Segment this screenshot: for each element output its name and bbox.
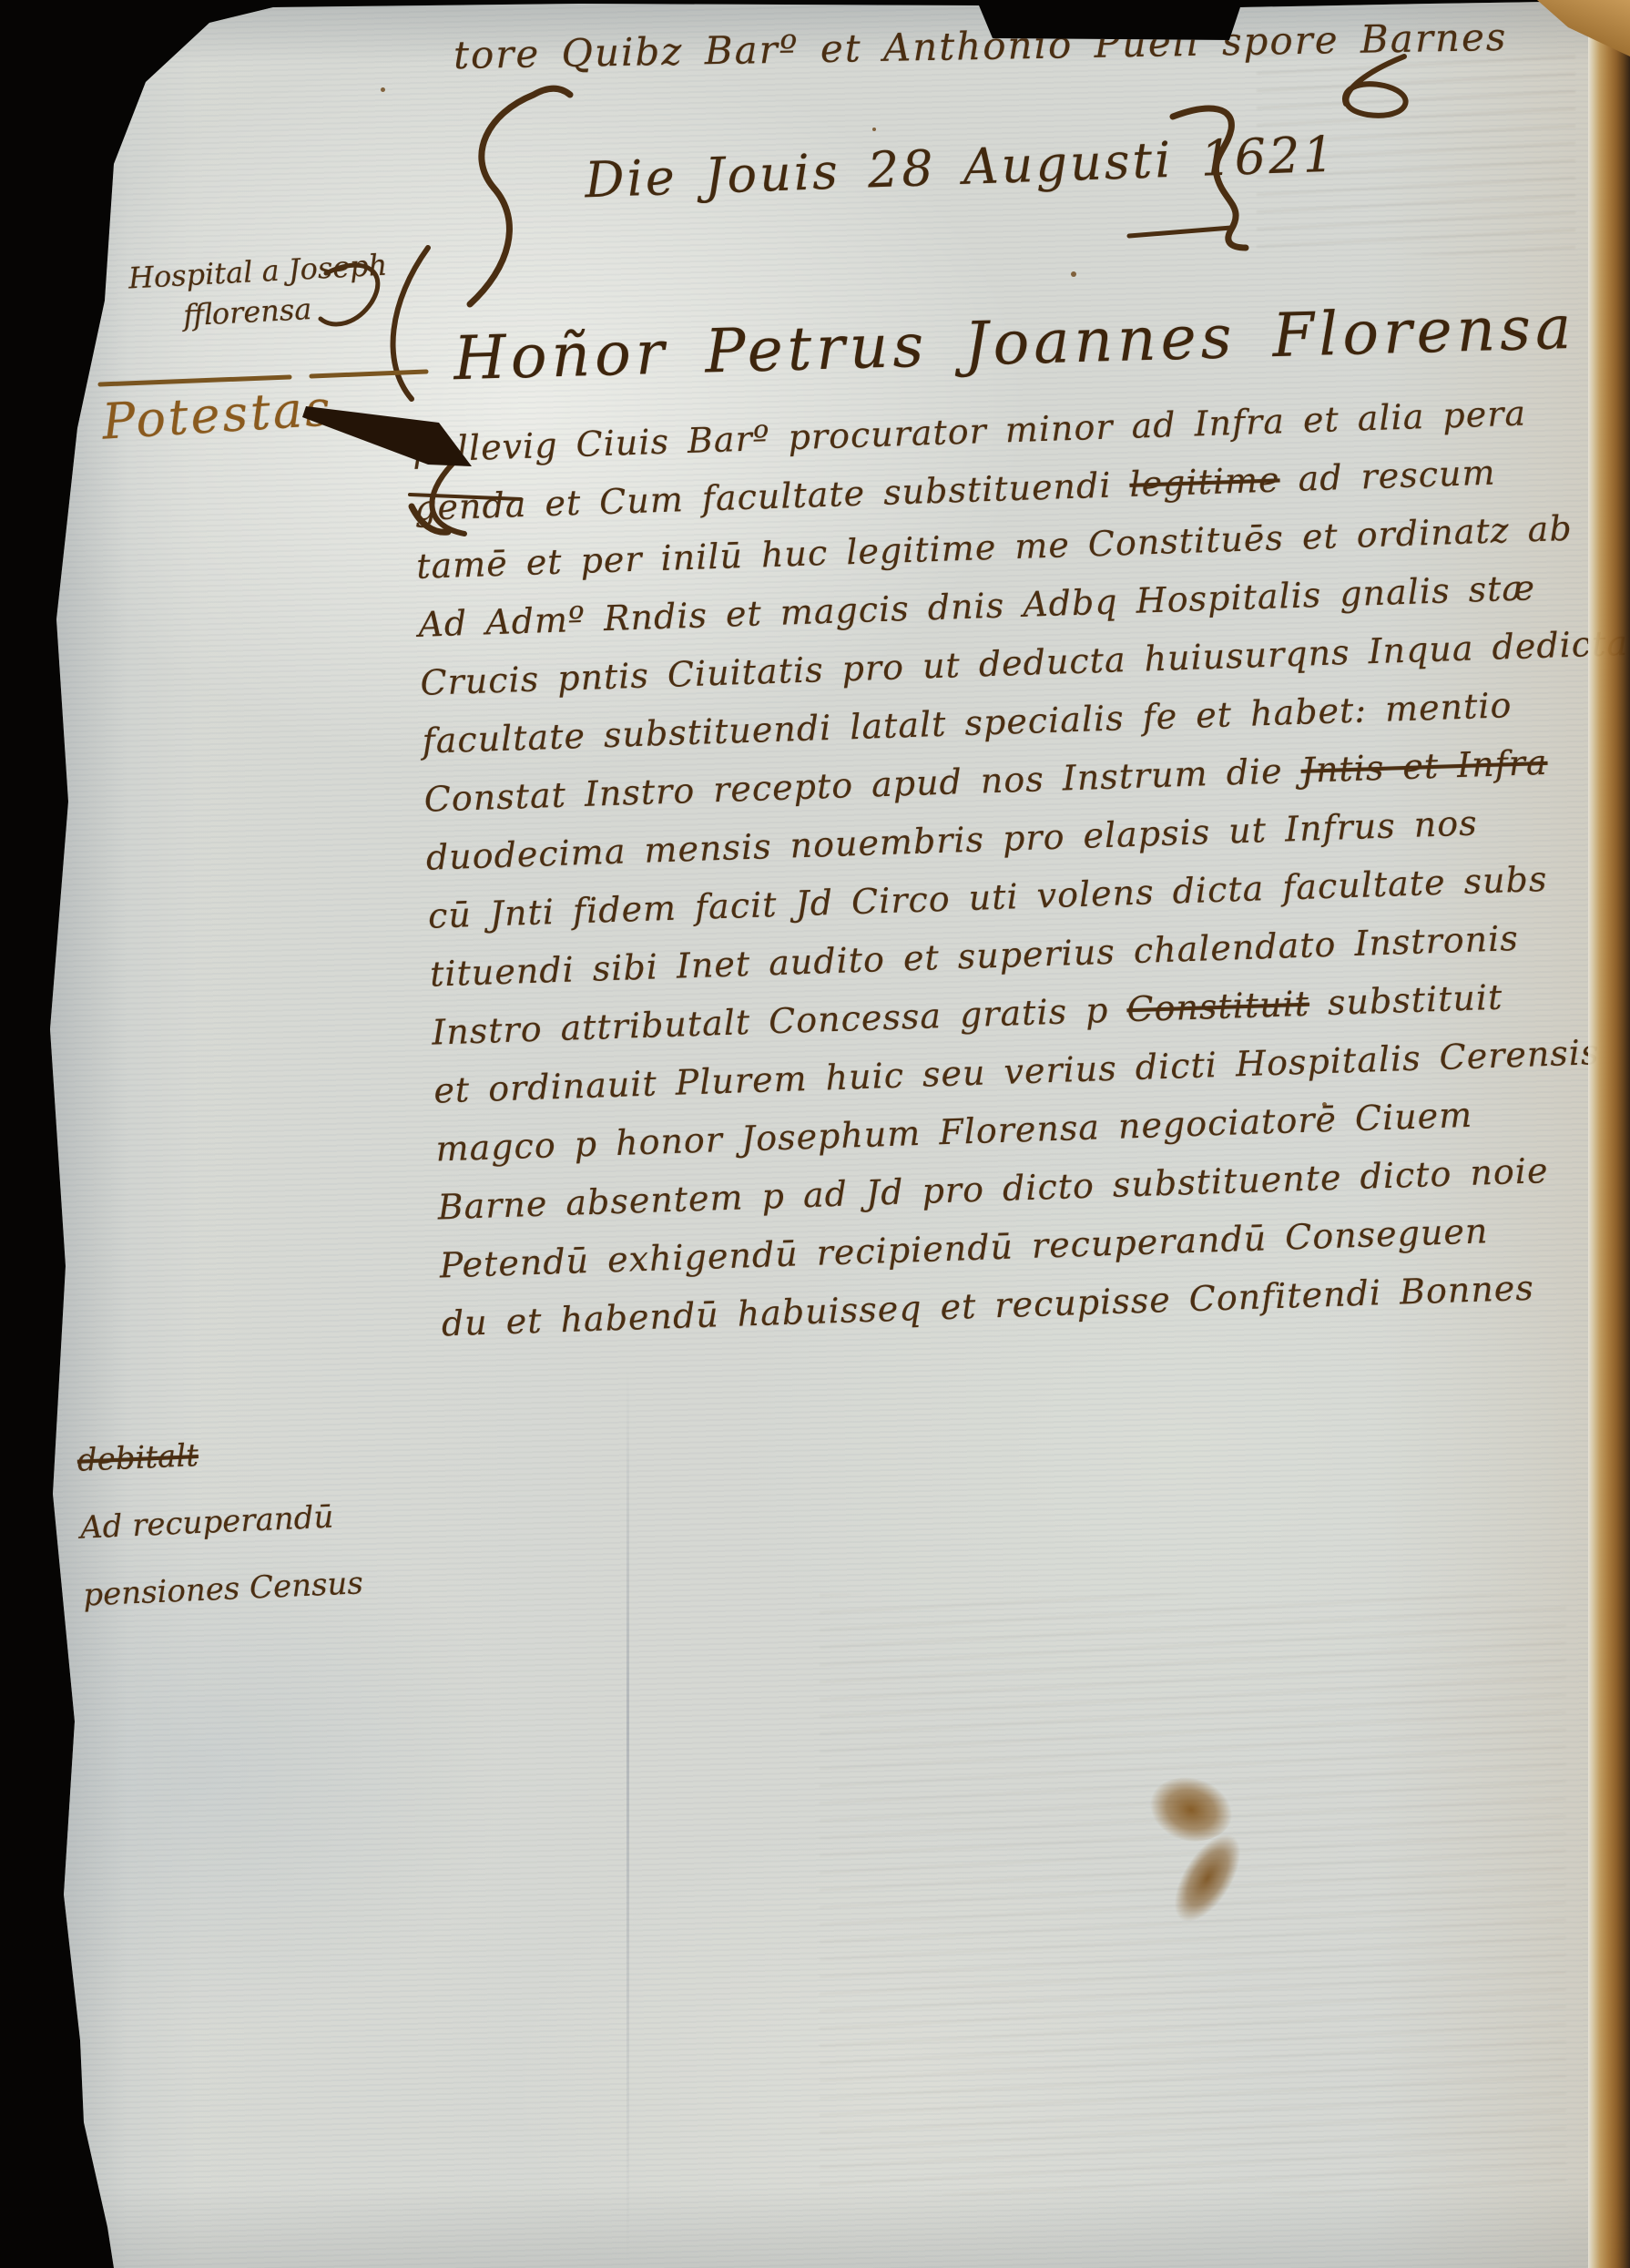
book-fore-edge — [1588, 0, 1630, 2268]
date-opening-brace-flourish — [470, 88, 570, 304]
barnes-tail-flourish — [1345, 56, 1406, 116]
heavy-ink-stroke — [302, 406, 472, 466]
potestas-overline-right — [311, 372, 426, 376]
manuscript-page: tore Quibz Barº et Anthonio Puell spore … — [0, 0, 1630, 2268]
date-closing-brace-flourish — [1173, 108, 1246, 248]
year-underline — [1129, 228, 1231, 236]
margin-brace-flourish — [393, 248, 428, 399]
ink-speck — [1071, 271, 1076, 277]
ink-speck — [872, 128, 876, 131]
ink-speck — [1322, 1102, 1327, 1107]
pellevig-underline — [410, 495, 521, 499]
ink-speck — [381, 87, 385, 92]
hospital-note-flourish — [321, 265, 378, 324]
photo-background: tore Quibz Barº et Anthonio Puell spore … — [0, 0, 1630, 2268]
potestas-overline-left — [100, 377, 290, 384]
ink-flourishes — [0, 0, 1630, 2268]
